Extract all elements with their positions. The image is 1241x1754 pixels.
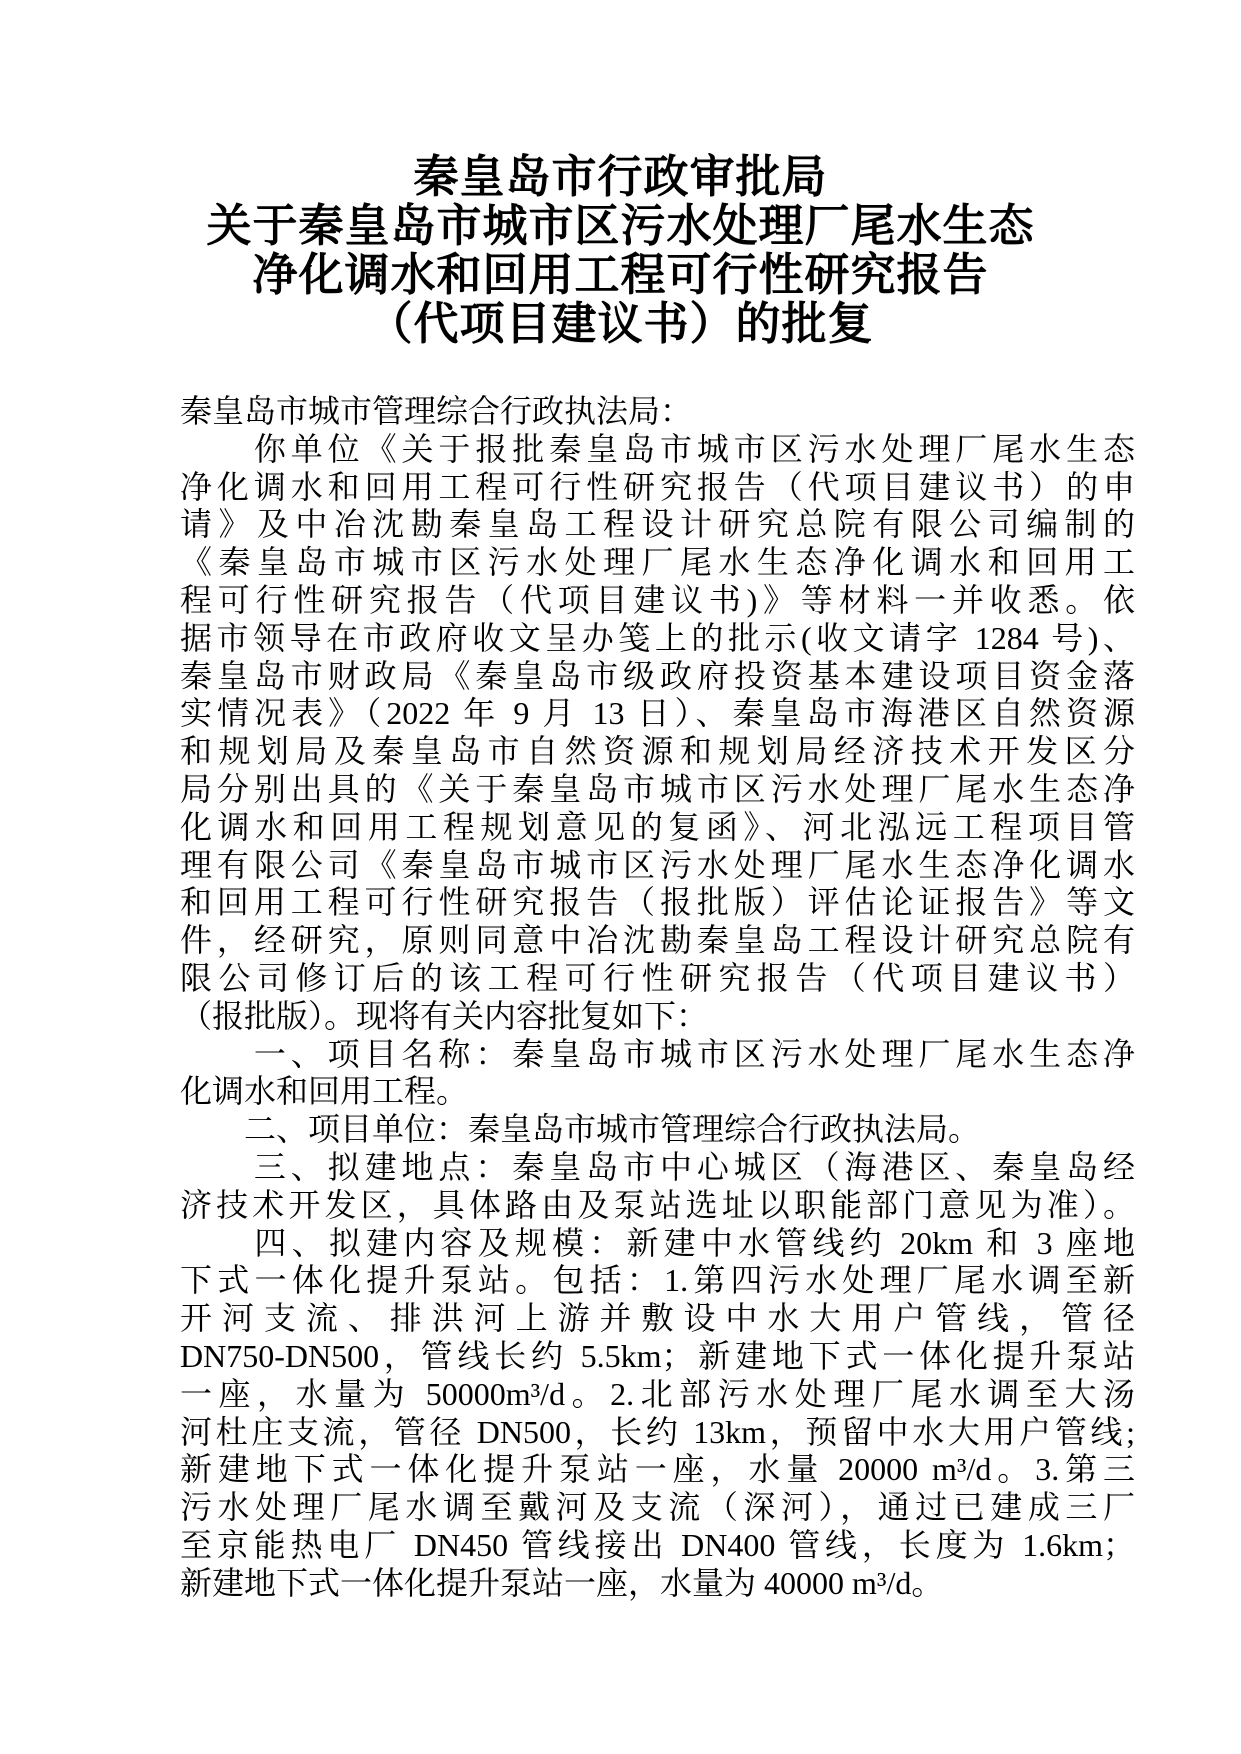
body-line: 秦皇岛市财政局《秦皇岛市级政府投资基本建设项目资金落 xyxy=(180,658,1135,696)
document-page: 秦皇岛市行政审批局 关于秦皇岛市城市区污水处理厂尾水生态 净化调水和回用工程可行… xyxy=(0,0,1241,1754)
body-line: 理有限公司《秦皇岛市城市区污水处理厂尾水生态净化调水 xyxy=(180,847,1135,885)
body-line: 程可行性研究报告（代项目建议书)》等材料一并收悉。依 xyxy=(180,582,1135,620)
body-line: 实情况表》（2022 年 9 月 13 日）、秦皇岛市海港区自然资源 xyxy=(180,695,1135,733)
title-line-subject-1: 关于秦皇岛市城市区污水处理厂尾水生态 xyxy=(40,202,1201,251)
body-line: 开河支流、排洪河上游并敷设中水大用户管线，管径 xyxy=(180,1300,1135,1338)
body-line: 新建地下式一体化提升泵站一座，水量为 40000 m³/d。 xyxy=(180,1565,1135,1603)
body-line: 件，经研究，原则同意中冶沈勘秦皇岛工程设计研究总院有 xyxy=(180,922,1135,960)
body-line: DN750-DN500，管线长约 5.5km；新建地下式一体化提升泵站 xyxy=(180,1338,1135,1376)
title-line-authority: 秦皇岛市行政审批局 xyxy=(40,153,1201,202)
title-line-subject-3: （代项目建议书）的批复 xyxy=(40,300,1201,349)
body-line: 请》及中冶沈勘秦皇岛工程设计研究总院有限公司编制的 xyxy=(180,506,1135,544)
body-line-item-2: 二、项目单位：秦皇岛市城市管理综合行政执法局。 xyxy=(180,1111,1135,1149)
body-line: （报批版）。现将有关内容批复如下： xyxy=(180,998,1135,1036)
body-line: 化调水和回用工程。 xyxy=(180,1073,1135,1111)
body-line: 至京能热电厂 DN450 管线接出 DN400 管线，长度为 1.6km； xyxy=(180,1527,1135,1565)
body-line: 你单位《关于报批秦皇岛市城市区污水处理厂尾水生态 xyxy=(180,431,1135,469)
body-line: 《秦皇岛市城市区污水处理厂尾水生态净化调水和回用工 xyxy=(180,544,1135,582)
document-body: 秦皇岛市城市管理综合行政执法局： 你单位《关于报批秦皇岛市城市区污水处理厂尾水生… xyxy=(180,393,1135,1603)
body-line-item-4: 四、拟建内容及规模：新建中水管线约 20km 和 3 座地 xyxy=(180,1225,1135,1263)
body-line: 和回用工程可行性研究报告（报批版）评估论证报告》等文 xyxy=(180,884,1135,922)
body-line: 净化调水和回用工程可行性研究报告（代项目建议书）的申 xyxy=(180,469,1135,507)
body-line: 河杜庄支流，管径 DN500，长约 13km，预留中水大用户管线; xyxy=(180,1414,1135,1452)
body-line: 济技术开发区，具体路由及泵站选址以职能部门意见为准）。 xyxy=(180,1187,1135,1225)
body-line-item-3: 三、拟建地点：秦皇岛市中心城区（海港区、秦皇岛经 xyxy=(180,1149,1135,1187)
body-line: 化调水和回用工程规划意见的复函》、河北泓远工程项目管 xyxy=(180,809,1135,847)
body-line-addressee: 秦皇岛市城市管理综合行政执法局： xyxy=(180,393,1135,431)
body-line-item-1: 一、项目名称：秦皇岛市城市区污水处理厂尾水生态净 xyxy=(180,1036,1135,1074)
document-title: 秦皇岛市行政审批局 关于秦皇岛市城市区污水处理厂尾水生态 净化调水和回用工程可行… xyxy=(40,153,1201,349)
body-line: 下式一体化提升泵站。包括：1.第四污水处理厂尾水调至新 xyxy=(180,1262,1135,1300)
body-line: 一座，水量为 50000m³/d。2.北部污水处理厂尾水调至大汤 xyxy=(180,1376,1135,1414)
body-line: 局分别出具的《关于秦皇岛市城市区污水处理厂尾水生态净 xyxy=(180,771,1135,809)
body-line: 新建地下式一体化提升泵站一座，水量 20000 m³/d。3.第三 xyxy=(180,1451,1135,1489)
body-line: 据市领导在市政府收文呈办笺上的批示(收文请字 1284 号)、 xyxy=(180,620,1135,658)
body-line: 污水处理厂尾水调至戴河及支流（深河），通过已建成三厂 xyxy=(180,1489,1135,1527)
body-line: 限公司修订后的该工程可行性研究报告（代项目建议书） xyxy=(180,960,1135,998)
body-line: 和规划局及秦皇岛市自然资源和规划局经济技术开发区分 xyxy=(180,733,1135,771)
title-line-subject-2: 净化调水和回用工程可行性研究报告 xyxy=(40,251,1201,300)
